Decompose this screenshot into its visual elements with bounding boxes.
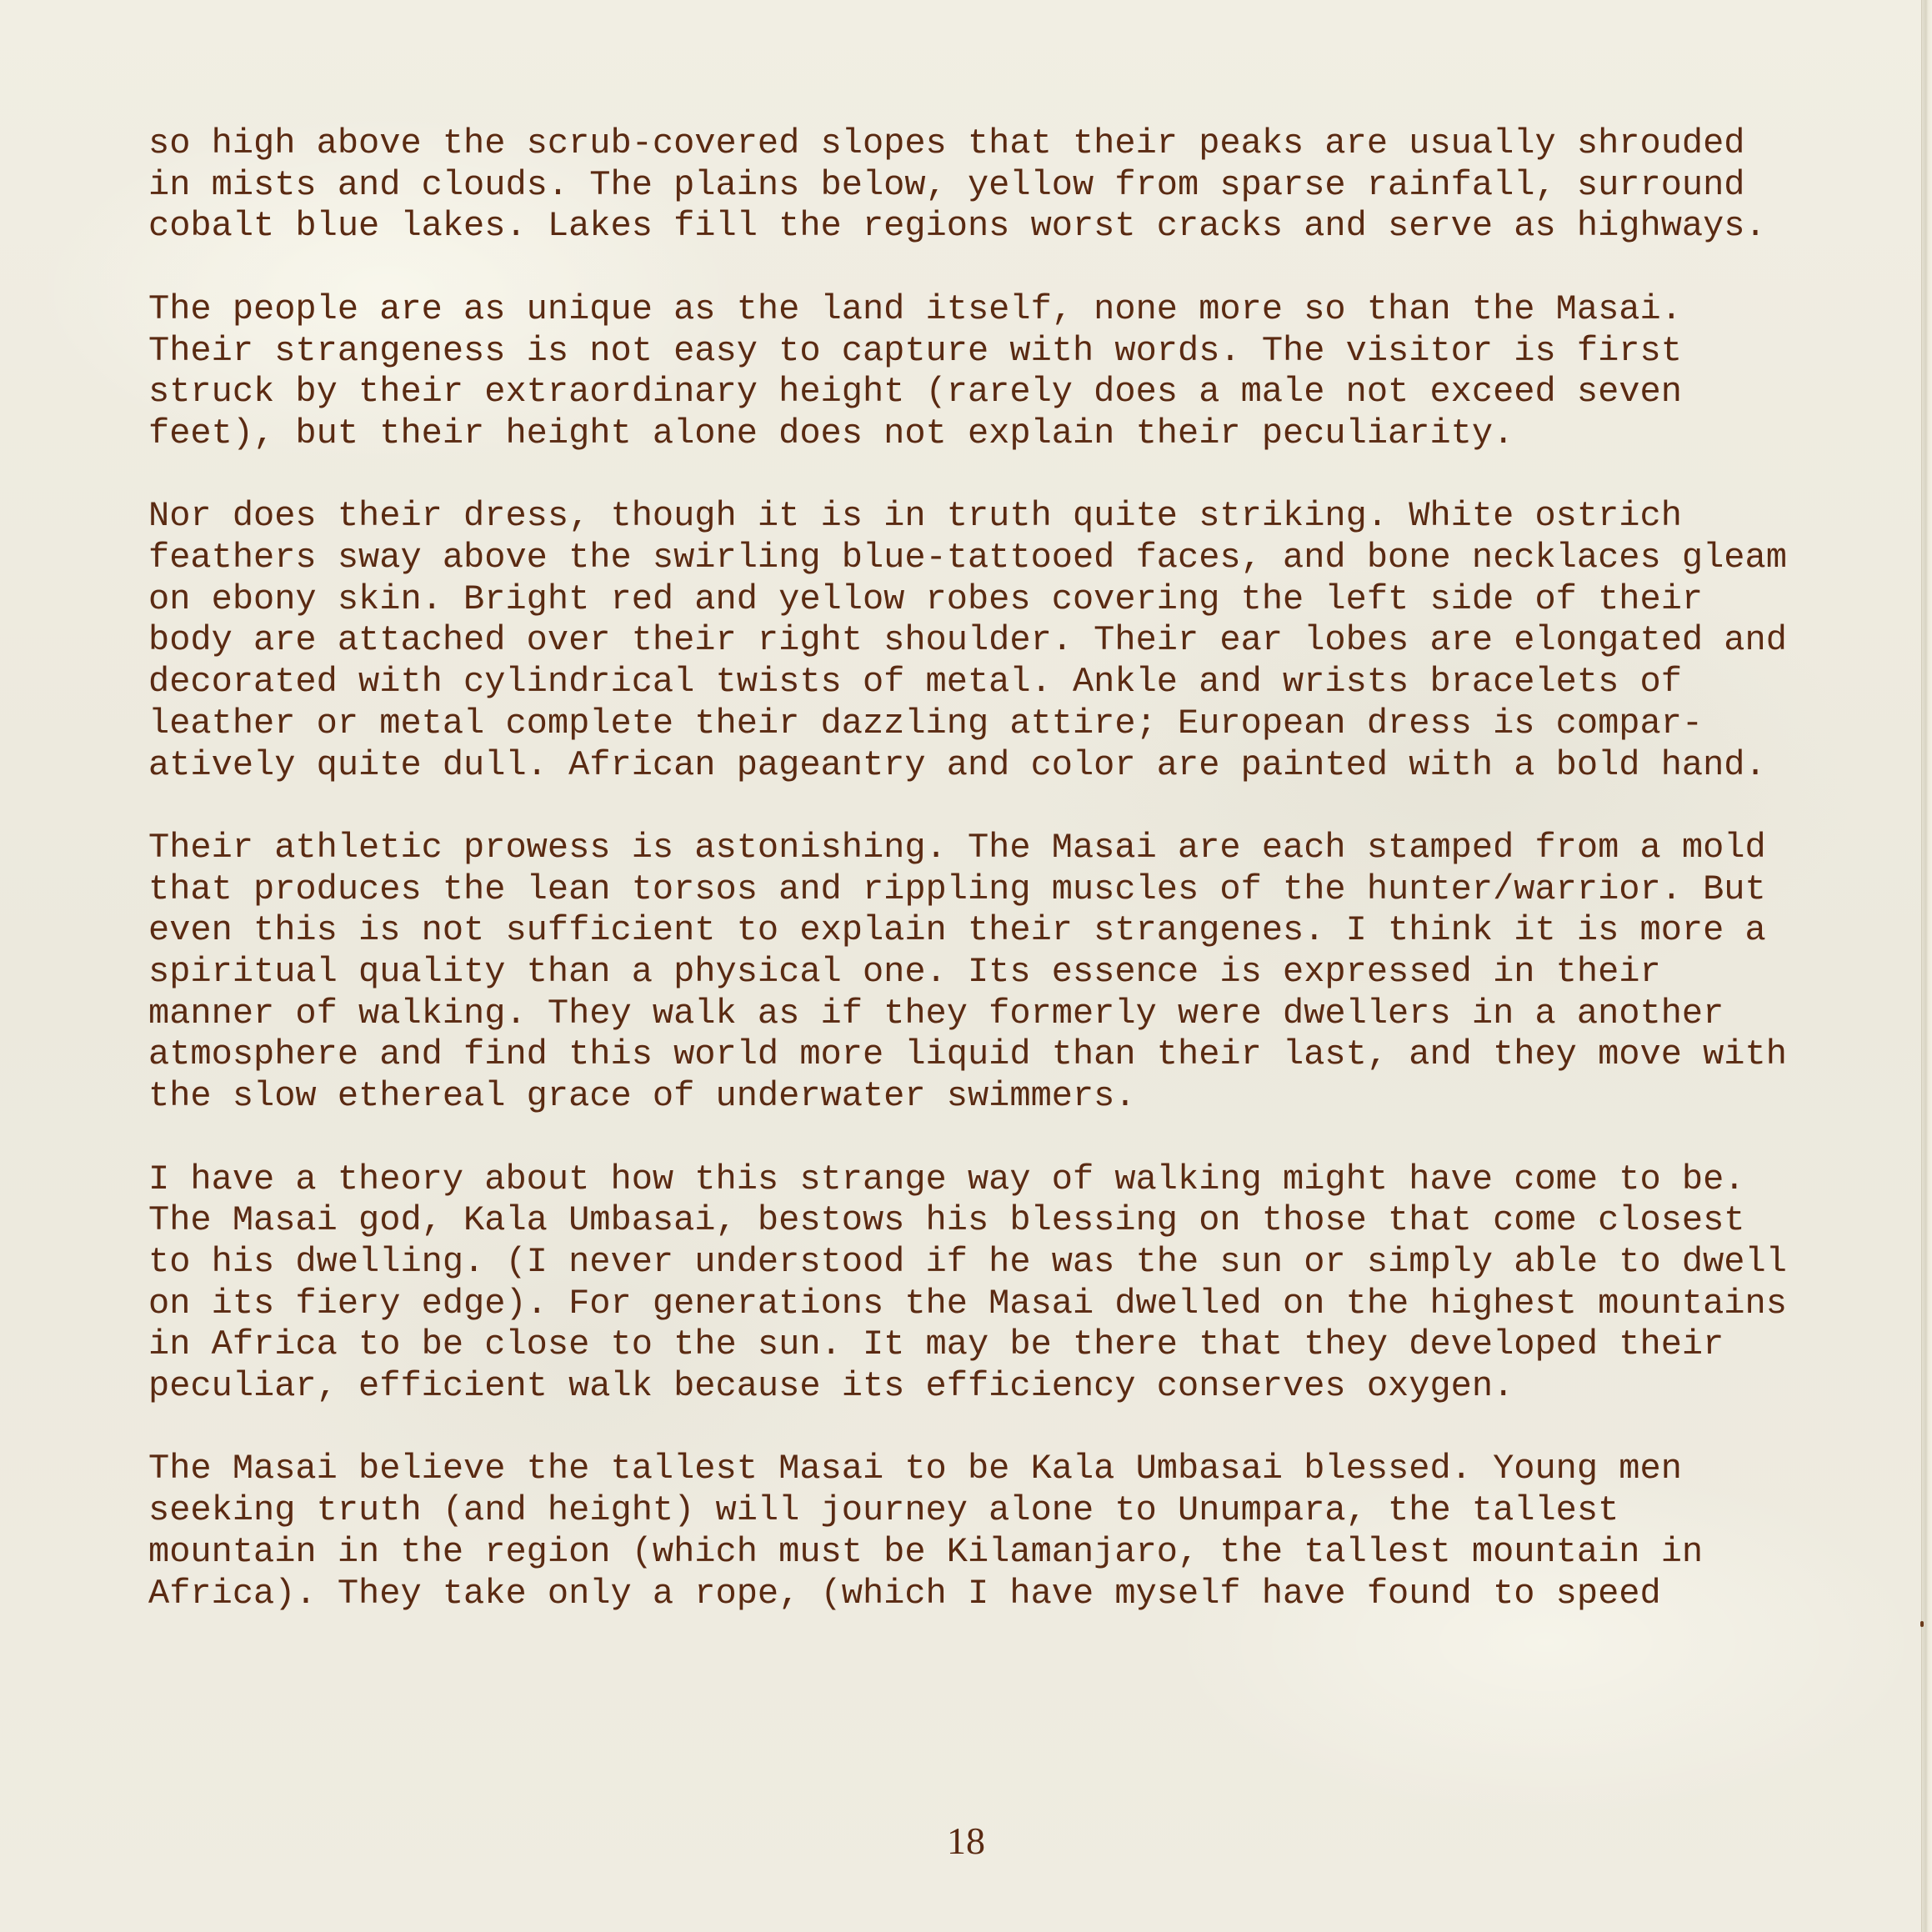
paragraph-3: Nor does their dress, though it is in tr…	[148, 496, 1815, 786]
text-line: on its fiery edge). For generations the …	[148, 1284, 1815, 1325]
text-line: Nor does their dress, though it is in tr…	[148, 496, 1815, 538]
page-number: 18	[0, 1819, 1932, 1863]
text-line: cobalt blue lakes. Lakes fill the region…	[148, 206, 1815, 248]
text-line: seeking truth (and height) will journey …	[148, 1490, 1815, 1532]
paragraph-5: I have a theory about how this strange w…	[148, 1159, 1815, 1408]
text-line: that produces the lean torsos and rippli…	[148, 869, 1815, 911]
text-line: Africa). They take only a rope, (which I…	[148, 1574, 1815, 1615]
text-line: in Africa to be close to the sun. It may…	[148, 1324, 1815, 1366]
text-line: decorated with cylindrical twists of met…	[148, 662, 1815, 703]
text-line: feathers sway above the swirling blue-ta…	[148, 538, 1815, 579]
edge-ink-mark	[1920, 1621, 1924, 1627]
text-line: on ebony skin. Bright red and yellow rob…	[148, 579, 1815, 621]
text-line: to his dwelling. (I never understood if …	[148, 1242, 1815, 1284]
text-line: peculiar, efficient walk because its eff…	[148, 1366, 1815, 1408]
text-line: I have a theory about how this strange w…	[148, 1159, 1815, 1201]
paragraph-6: The Masai believe the tallest Masai to b…	[148, 1449, 1815, 1614]
text-line: leather or metal complete their dazzling…	[148, 703, 1815, 745]
page-edge	[1921, 0, 1932, 1932]
text-line: the slow ethereal grace of underwater sw…	[148, 1076, 1815, 1118]
paragraph-4: Their athletic prowess is astonishing. T…	[148, 828, 1815, 1118]
text-line: feet), but their height alone does not e…	[148, 413, 1815, 455]
text-line: struck by their extraordinary height (ra…	[148, 372, 1815, 413]
text-line: atmosphere and find this world more liqu…	[148, 1034, 1815, 1076]
text-line: even this is not sufficient to explain t…	[148, 910, 1815, 952]
text-line: spiritual quality than a physical one. I…	[148, 952, 1815, 994]
book-page: so high above the scrub-covered slopes t…	[0, 0, 1932, 1932]
text-line: atively quite dull. African pageantry an…	[148, 745, 1815, 787]
text-line: in mists and clouds. The plains below, y…	[148, 165, 1815, 207]
text-line: so high above the scrub-covered slopes t…	[148, 123, 1815, 165]
paragraph-2: The people are as unique as the land its…	[148, 289, 1815, 455]
body-text: so high above the scrub-covered slopes t…	[148, 123, 1815, 1656]
text-line: mountain in the region (which must be Ki…	[148, 1532, 1815, 1574]
text-line: body are attached over their right shoul…	[148, 620, 1815, 662]
text-line: Their athletic prowess is astonishing. T…	[148, 828, 1815, 869]
text-line: The people are as unique as the land its…	[148, 289, 1815, 331]
text-line: The Masai believe the tallest Masai to b…	[148, 1449, 1815, 1490]
text-line: Their strangeness is not easy to capture…	[148, 331, 1815, 373]
text-line: The Masai god, Kala Umbasai, bestows his…	[148, 1200, 1815, 1242]
text-line: manner of walking. They walk as if they …	[148, 994, 1815, 1035]
paragraph-1: so high above the scrub-covered slopes t…	[148, 123, 1815, 248]
